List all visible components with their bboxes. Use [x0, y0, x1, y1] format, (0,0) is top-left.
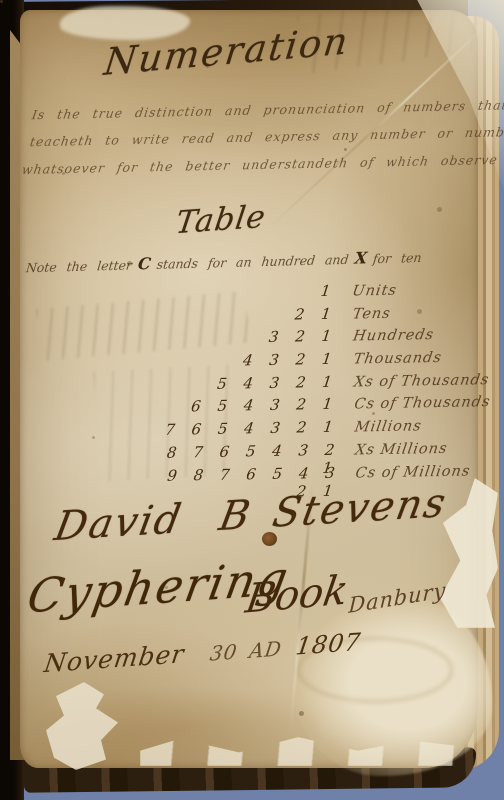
row-label: Units	[351, 283, 398, 300]
row-label: Cs of Thousands	[353, 395, 492, 413]
row-label: Cs of Millions	[354, 463, 471, 481]
row-label: Xs of Thousands	[353, 372, 491, 390]
row-label: Thousands	[352, 350, 443, 368]
row-digits: 2 1	[156, 304, 338, 325]
date-year: 1807	[294, 628, 363, 661]
row-digits: 4 3 2 1	[156, 350, 338, 371]
letter-x-symbol: X	[354, 248, 369, 267]
owner-middle-initial: B	[216, 492, 256, 541]
numeration-table: 1 Units 2 1 Tens 3 2 1 Hundreds 4 3 2 1 …	[156, 279, 492, 489]
owner-first-name: David	[51, 496, 186, 550]
row-label: Xs Millions	[354, 441, 449, 459]
note-text: for ten	[372, 250, 422, 266]
row-label: Millions	[353, 418, 422, 435]
date-era: AD	[248, 636, 284, 663]
note-text: Note the letter	[25, 257, 133, 275]
row-digits: 6 5 4 3 2 1	[157, 395, 339, 416]
manuscript-photo: Numeration Is the true distinction and p…	[0, 0, 504, 800]
row-digits: 5 4 3 2 1	[157, 372, 339, 393]
row-digits: 1	[155, 282, 337, 303]
row-label: Hundreds	[352, 327, 435, 344]
table-heading: Table	[174, 199, 269, 242]
letter-c-symbol: C	[137, 254, 152, 273]
row-digits: 3 2 1	[156, 327, 338, 348]
row-digits: 7 6 5 4 3 2 1	[158, 418, 340, 439]
row-label: Tens	[352, 305, 392, 322]
date-day: 30	[208, 639, 239, 665]
book-word: Book	[242, 567, 351, 623]
